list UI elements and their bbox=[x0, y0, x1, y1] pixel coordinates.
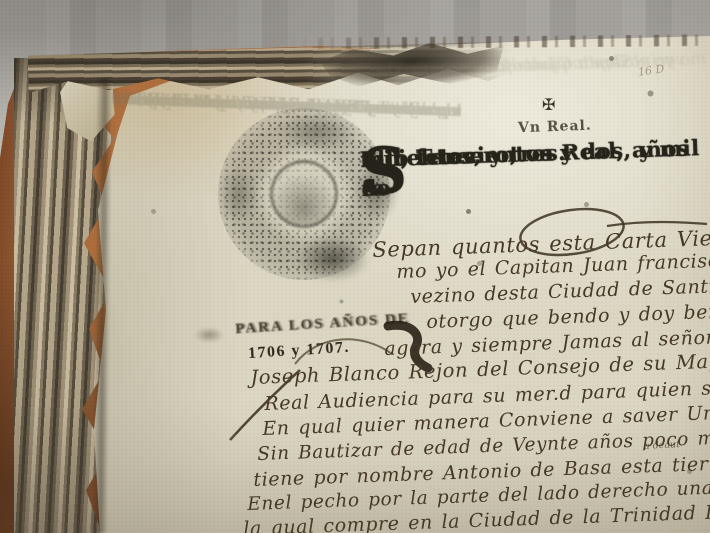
photo-frame: Sepan quantos esta Carta Viemo yo el Cap… bbox=[0, 0, 710, 533]
seal-ink-blob bbox=[276, 112, 358, 152]
seal-ink-blob bbox=[218, 166, 260, 224]
seal-ink-blob bbox=[296, 236, 370, 282]
tax-value-label: Vn Real. bbox=[518, 118, 592, 137]
ink-specks bbox=[0, 0, 3, 3]
stamp-edge-smudge bbox=[194, 327, 224, 343]
interline-note: a deaut bbox=[644, 439, 681, 452]
cross-ornament-icon: ✠ bbox=[542, 95, 555, 114]
